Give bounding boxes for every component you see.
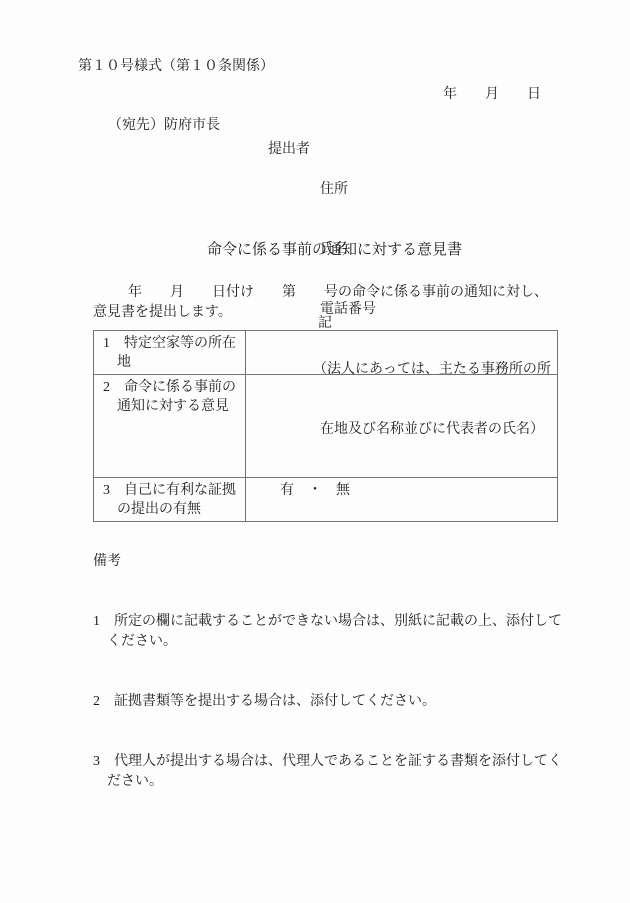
remark-item-2: 2 証拠書類等を提出する場合は、添付してください。 — [93, 692, 562, 712]
row1-label: 1 特定空家等の所在 地 — [94, 331, 246, 375]
remarks-section: 備考 1 所定の欄に記載することができない場合は、別紙に記載の上、添付して くだ… — [93, 512, 562, 832]
table-row-location: 1 特定空家等の所在 地 — [94, 331, 558, 375]
table-row-opinion: 2 命令に係る事前の 通知に対する意見 — [94, 375, 558, 478]
remarks-heading: 備考 — [93, 552, 562, 572]
remark-item-1: 1 所定の欄に記載することができない場合は、別紙に記載の上、添付して ください。 — [93, 612, 562, 652]
form-number: 第１０号様式（第１０条関係） — [78, 57, 274, 77]
submitter-address-label: 住所 — [320, 180, 551, 200]
statement-line-1: 年 月 日付け 第 号の命令に係る事前の通知に対し、 — [128, 283, 548, 303]
document-page: 第１０号様式（第１０条関係） 年 月 日 （宛先）防府市長 提出者 住所 氏名 … — [0, 0, 630, 903]
row2-label: 2 命令に係る事前の 通知に対する意見 — [94, 375, 246, 478]
form-table: 1 特定空家等の所在 地 2 命令に係る事前の 通知に対する意見 3 自己に有利… — [93, 330, 558, 522]
submitter-label: 提出者 — [268, 140, 310, 160]
submitter-phone-label: 電話番号 — [320, 300, 551, 320]
addressee-line: （宛先）防府市長 — [108, 116, 220, 136]
remark-item-3: 3 代理人が提出する場合は、代理人であることを証する書類を添付してく ださい。 — [93, 752, 562, 792]
statement-line-2: 意見書を提出します。 — [93, 303, 232, 323]
document-title: 命令に係る事前の通知に対する意見書 — [207, 240, 462, 260]
row2-value-cell — [246, 375, 558, 478]
row1-value-cell — [246, 331, 558, 375]
date-line: 年 月 日 — [443, 85, 541, 105]
